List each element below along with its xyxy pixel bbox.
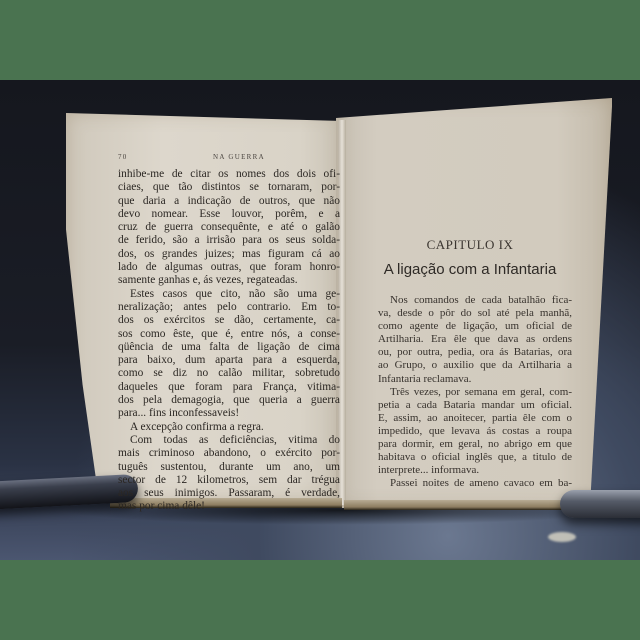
text-line: cruz de guerra consequênte, e até o galã… (118, 221, 340, 234)
running-head-title: NA GUERRA (213, 153, 265, 161)
text-line: como agente de ligação, um oficial de (378, 320, 572, 333)
text-line: de ferido, são a irrisão para os seus so… (118, 234, 340, 247)
text-line: para dormir, em geral, no abrigo em que (378, 438, 572, 451)
text-line: va, desde o pôr do sol até pela manhã, (378, 307, 572, 320)
text-line: neralização; antes pelo contrario. Em to… (118, 301, 340, 314)
text-line: ou, por outra, pedia, ora ás Batarias, o… (378, 346, 572, 359)
text-line: mas por cima dêle! (118, 500, 340, 513)
text-line: dos, os grandes juizes; mas figuram cá a… (118, 248, 340, 261)
text-line: Três vezes, por semana em geral, com- (378, 386, 572, 399)
text-line: ciaes, que tão distintos se tornaram, po… (118, 181, 340, 194)
text-line: Infantaria reclamava. (378, 373, 572, 386)
bottom-frame-band (0, 560, 640, 640)
text-line: Com todas as deficiências, vitima do (118, 434, 340, 447)
text-line: inhibe-me de citar os nomes dos dois ofi… (118, 168, 340, 181)
text-line: para... fins inconfessaveis! (118, 407, 340, 420)
text-line: sector de 12 kilometros, sem dar trégua (118, 474, 340, 487)
text-line: Passei noites de ameno cavaco em ba- (378, 477, 572, 490)
text-line: daqueles que foram para França, vitima- (118, 381, 340, 394)
text-line: como se diz no calão militar, sobretudo (118, 367, 340, 380)
top-frame-band (0, 0, 640, 80)
light-glare (548, 532, 576, 542)
text-line: ao Grupo, o auxilio que da Artilharia a (378, 359, 572, 372)
text-line: Estes casos que cito, não são uma ge- (118, 288, 340, 301)
text-line: samente ganhas e, ás vezes, regateadas. (118, 274, 340, 287)
text-line: E, assim, ao anoitecer, partia êle com o (378, 412, 572, 425)
text-line: para baixo, dum aparta para a esquerda, (118, 354, 340, 367)
text-line: dos pela demagogia, que queria a guerra (118, 394, 340, 407)
text-line: devo nomear. Esse louvor, porêm, e a (118, 208, 340, 221)
text-line: mais criminoso abandono, o exército por- (118, 447, 340, 460)
chapter-title: A ligação com a Infantaria (370, 261, 570, 278)
left-page-text: inhibe-me de citar os nomes dos dois ofi… (118, 168, 340, 514)
text-line: tuguês sustentou, durante um ano, um (118, 461, 340, 474)
text-line: Nos comandos de cada batalhão fica- (378, 294, 572, 307)
right-page-text: Nos comandos de cada batalhão fica- va, … (378, 294, 572, 490)
text-line: qüência de uma falta de ligação de cima (118, 341, 340, 354)
right-page-edge (344, 500, 584, 510)
text-line: aos seus inimigos. Passaram, é verdade, (118, 487, 340, 500)
text-line: impedido, que levava ás costas a roupa (378, 425, 572, 438)
text-line: habitava o oficial inglês que, a titulo … (378, 451, 572, 464)
text-line: dos os exércitos se dão, certamente, ca- (118, 314, 340, 327)
text-line: sos como êste, que é, entre nós, a conse… (118, 328, 340, 341)
text-line: petia a cada Bataria mandar um oficial. (378, 399, 572, 412)
text-line: que daria a indicação de outros, que não (118, 195, 340, 208)
text-line: interprete... informava. (378, 464, 572, 477)
page-number: 70 (118, 153, 128, 161)
text-line: A excepção confirma a regra. (118, 421, 340, 434)
right-page-clip (560, 490, 640, 518)
text-line: Artilharia. Era êle que dava as ordens (378, 333, 572, 346)
chapter-label: CAPITULO IX (370, 237, 570, 253)
text-line: lado de algumas outras, que foram honro- (118, 261, 340, 274)
